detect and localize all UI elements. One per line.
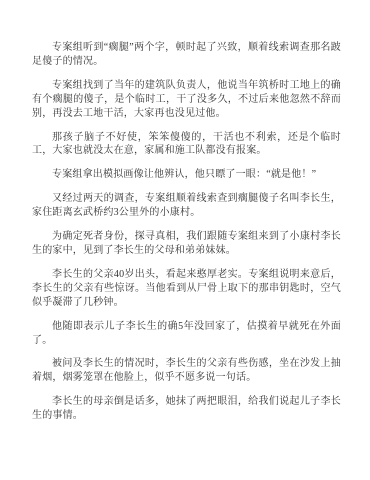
paragraph-10: 李长生的母亲倒是话多，她抹了两把眼泪，给我们说起儿子李长生的事情。 [32,395,341,423]
reader-page: 专案组听到“瘸腿”两个字，顿时起了兴致，顺着线索调查那名跛足傻子的情况。 专案组… [0,0,370,480]
paragraph-2: 专案组找到了当年的建筑队负责人，他说当年筑桥时工地上的确有个瘸腿的傻子，是个临时… [32,79,341,121]
paragraph-9: 被问及李长生的情况时，李长生的父亲有些伤感，坐在沙发上抽着烟，烟雾笼罩在他脸上，… [32,357,341,385]
paragraph-6: 为确定死者身份，探寻真相，我们跟随专案组来到了小康村李长生的家中，见到了李长生的… [32,230,341,258]
paragraph-4: 专案组拿出模拟画像让他辨认，他只瞟了一眼：“就是他！” [32,168,341,182]
paragraph-1: 专案组听到“瘸腿”两个字，顿时起了兴致，顺着线索调查那名跛足傻子的情况。 [32,41,341,69]
paragraph-5: 又经过两天的调查，专案组顺着线索查到瘸腿傻子名叫李长生，家住距离玄武桥约3公里外… [32,192,341,220]
paragraph-7: 李长生的父亲40岁出头，看起来憨厚老实。专案组说明来意后，李长生的父亲有些惊讶。… [32,268,341,310]
paragraph-8: 他随即表示儿子李长生的确5年没回家了，估摸着早就死在外面了。 [32,320,341,348]
paragraph-3: 那孩子脑子不好使，笨笨傻傻的，干活也不利索，还是个临时工，大家也就没太在意，家属… [32,131,341,159]
